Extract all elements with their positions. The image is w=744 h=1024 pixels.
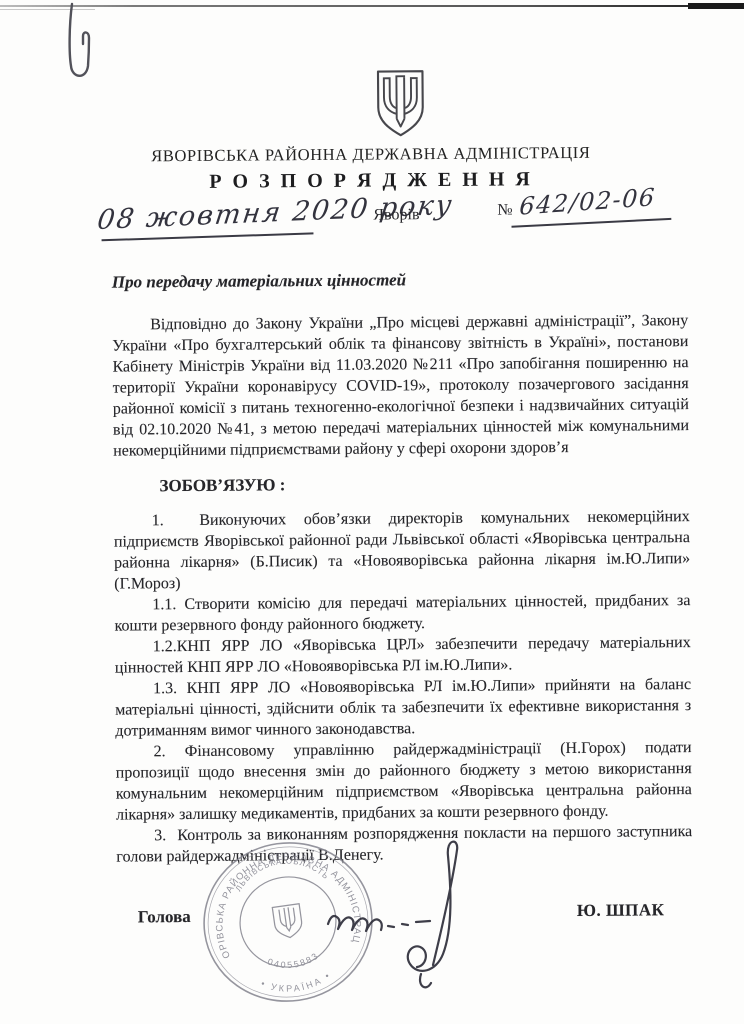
ukraine-trident-emblem <box>371 67 430 139</box>
emblem-trident <box>383 76 418 127</box>
signature-flourish <box>408 842 457 988</box>
document-body: Про передачу матеріальних цінностей Відп… <box>112 267 693 868</box>
preamble-paragraph: Відповідно до Закону України „Про місцев… <box>112 310 689 462</box>
order-item-1: 1. Виконуючих обов’язки директорів комун… <box>114 506 691 595</box>
order-heading: ЗОБОВ’ЯЗУЮ : <box>113 471 689 497</box>
order-item-1-2: 1.2.КНП ЯРР ЛО «Яворівська ЦРЛ» забезпеч… <box>115 632 691 679</box>
scanned-document-page: ЯВОРІВСЬКА РАЙОННА ДЕРЖАВНА АДМІНІСТРАЦІ… <box>0 0 744 1024</box>
place-name: Яворів <box>373 206 419 224</box>
signature-scribble <box>328 916 430 931</box>
order-item-1-3: 1.3. КНП ЯРР ЛО «Новояворівська РЛ ім.Ю.… <box>115 674 691 742</box>
order-item-1-1: 1.1. Створити комісію для передачі матер… <box>114 590 690 637</box>
authority-name: ЯВОРІВСЬКА РАЙОННА ДЕРЖАВНА АДМІНІСТРАЦІ… <box>0 142 743 168</box>
signer-title: Голова <box>138 907 191 927</box>
signer-name: Ю. ШПАК <box>577 900 665 921</box>
subject-line: Про передачу матеріальних цінностей <box>112 267 688 293</box>
handwritten-signature <box>290 836 490 1006</box>
number-sign: № <box>497 201 512 219</box>
order-item-2: 2. Фінансовому управлінню райдержадмініс… <box>115 737 692 826</box>
